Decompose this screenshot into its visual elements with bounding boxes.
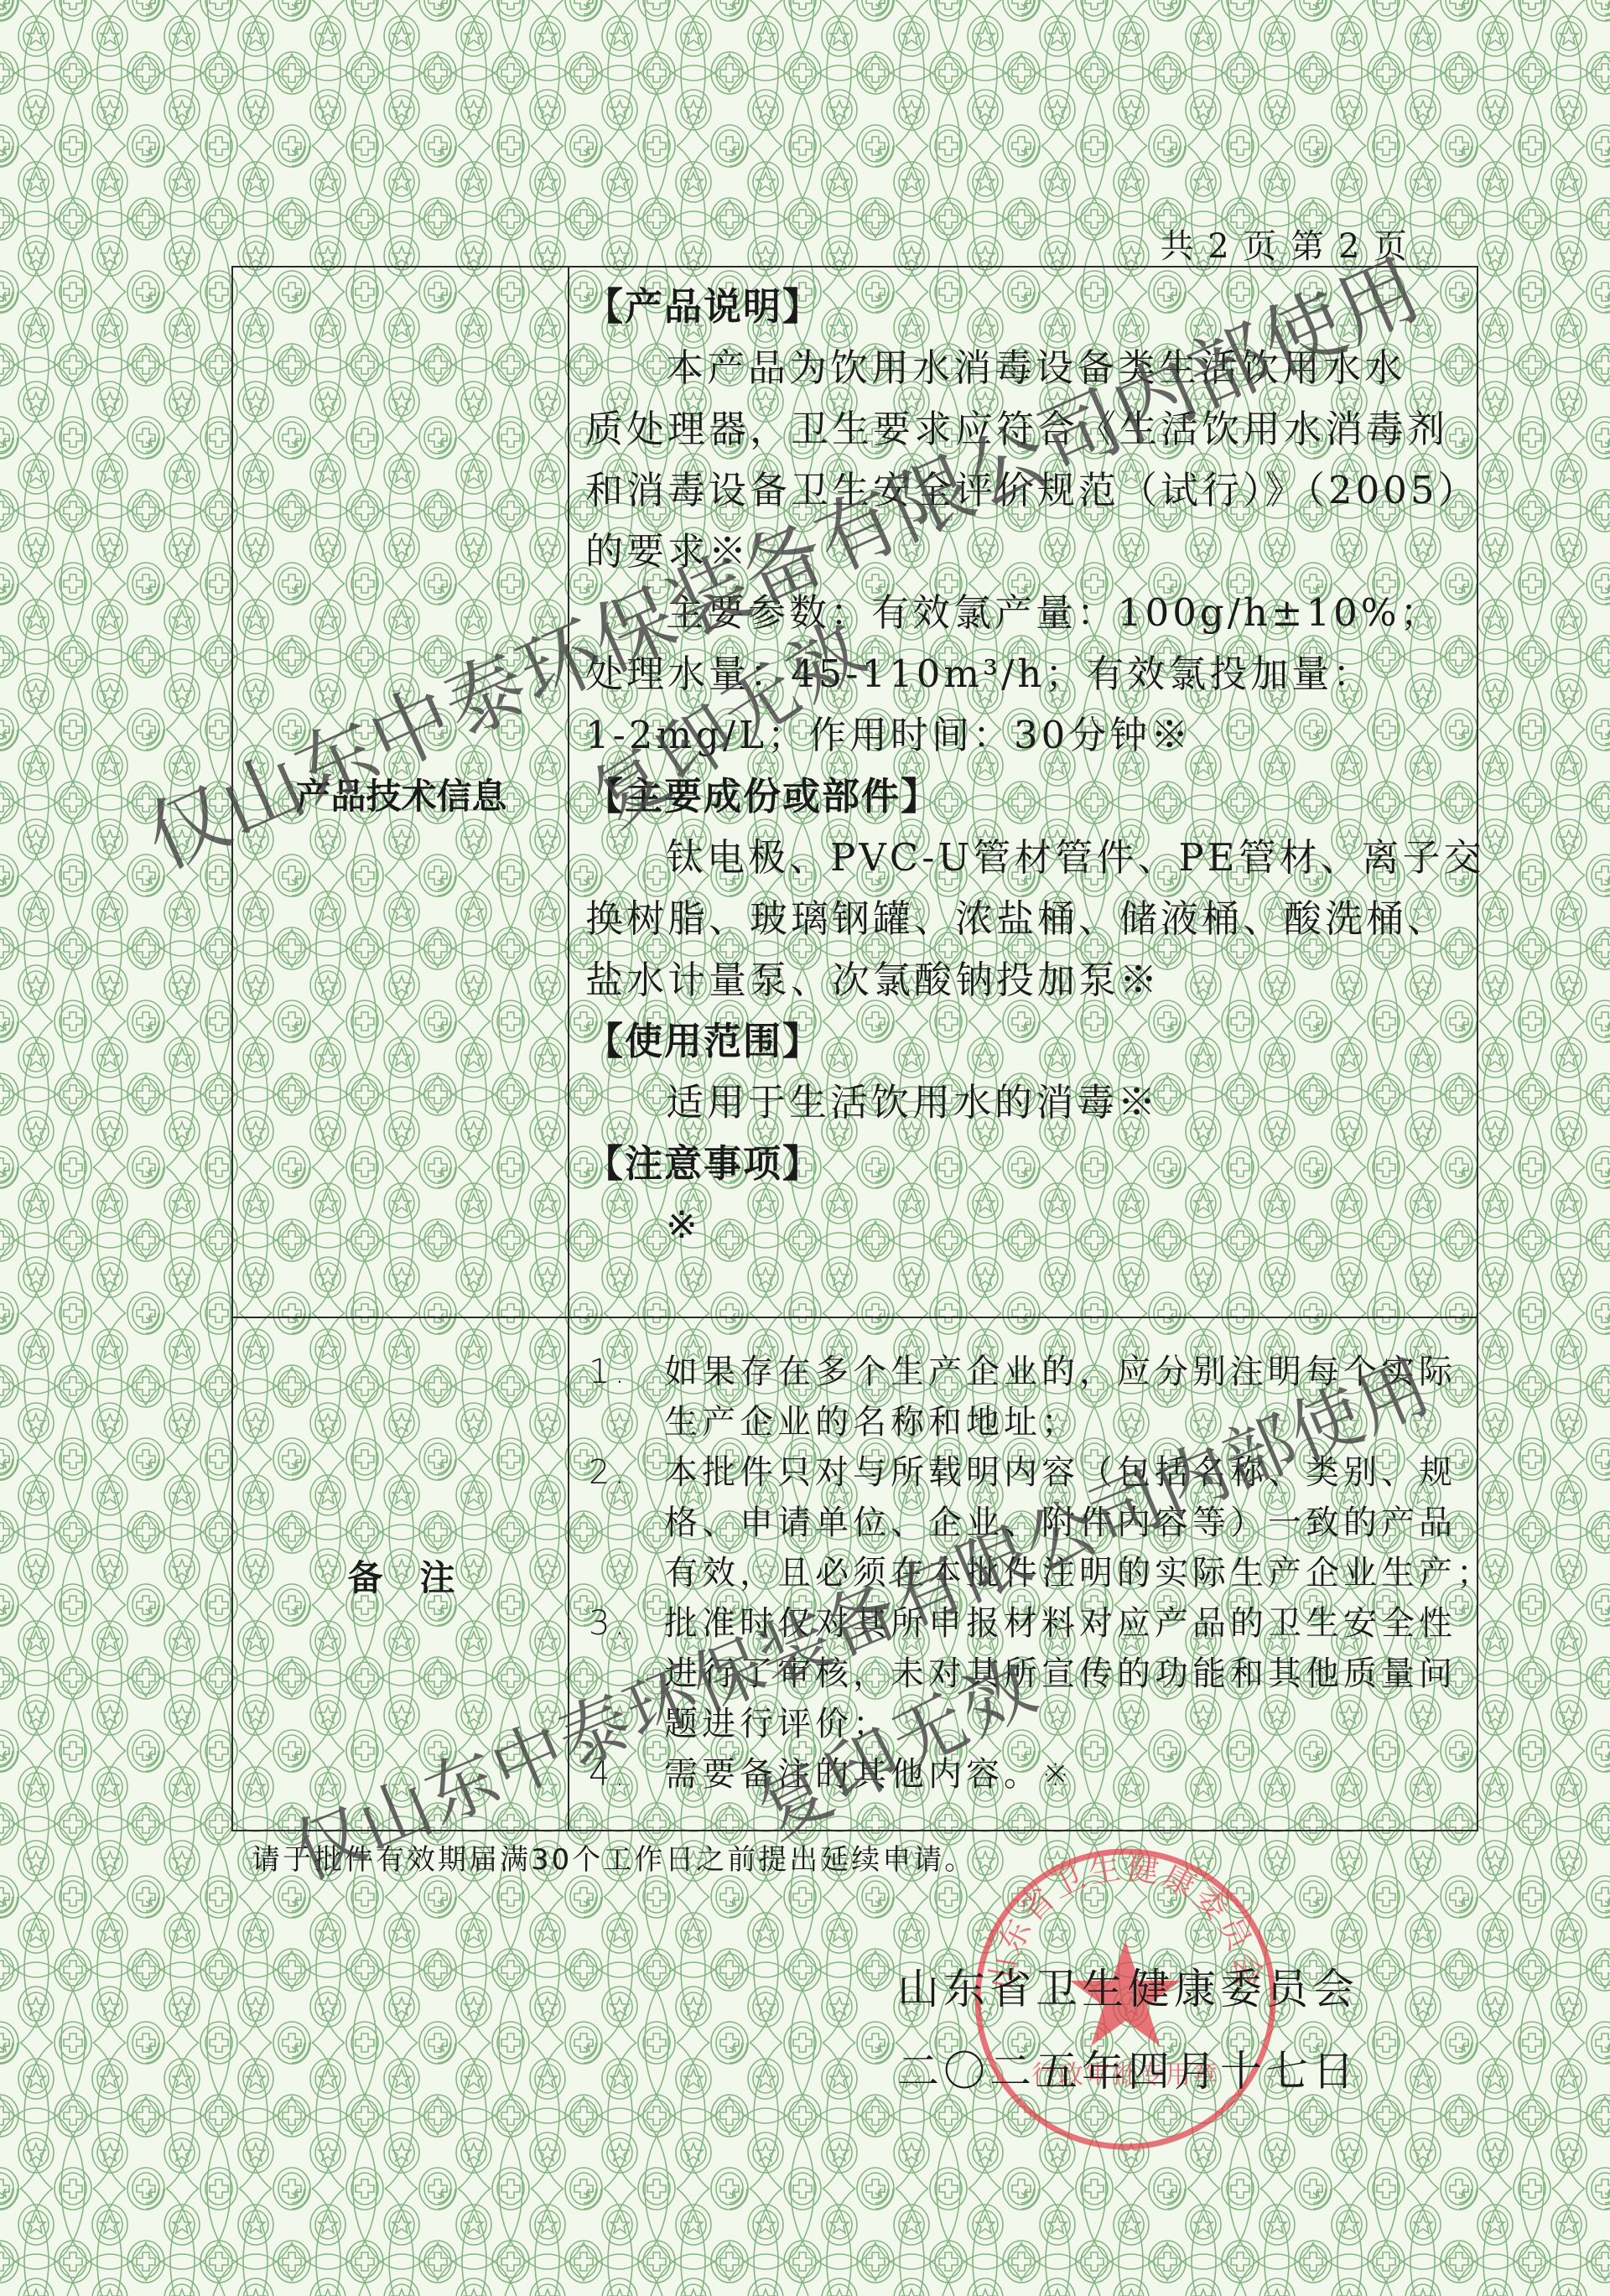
text-line: 钛电极、PVC-U管材管件、PE管材、离子交	[585, 827, 1474, 888]
remark-item-4: 4. 需要备注的其他内容。※	[585, 1749, 1474, 1800]
issue-date: 二〇二五年四月十七日	[897, 2038, 1358, 2098]
text-line: ※	[585, 1194, 1474, 1255]
label-remarks: 备注	[233, 1551, 569, 1601]
row-divider	[233, 1317, 1477, 1318]
section-heading-precautions: 【注意事项】	[585, 1133, 1474, 1194]
section-heading-scope-of-use: 【使用范围】	[585, 1010, 1474, 1072]
remark-number: 3.	[589, 1598, 629, 1649]
issuing-authority: 山东省卫生健康委员会	[897, 1956, 1358, 2016]
remark-number: 2.	[589, 1447, 629, 1498]
remark-number: 1.	[589, 1347, 629, 1397]
text-line: 适用于生活饮用水的消毒※	[585, 1072, 1474, 1133]
remark-text: 生产企业的名称和地址；	[664, 1403, 1079, 1441]
text-line: 换树脂、玻璃钢罐、浓盐桶、储液桶、酸洗桶、	[585, 888, 1474, 949]
text-line: 盐水计量泵、次氯酸钠投加泵※	[585, 949, 1474, 1010]
